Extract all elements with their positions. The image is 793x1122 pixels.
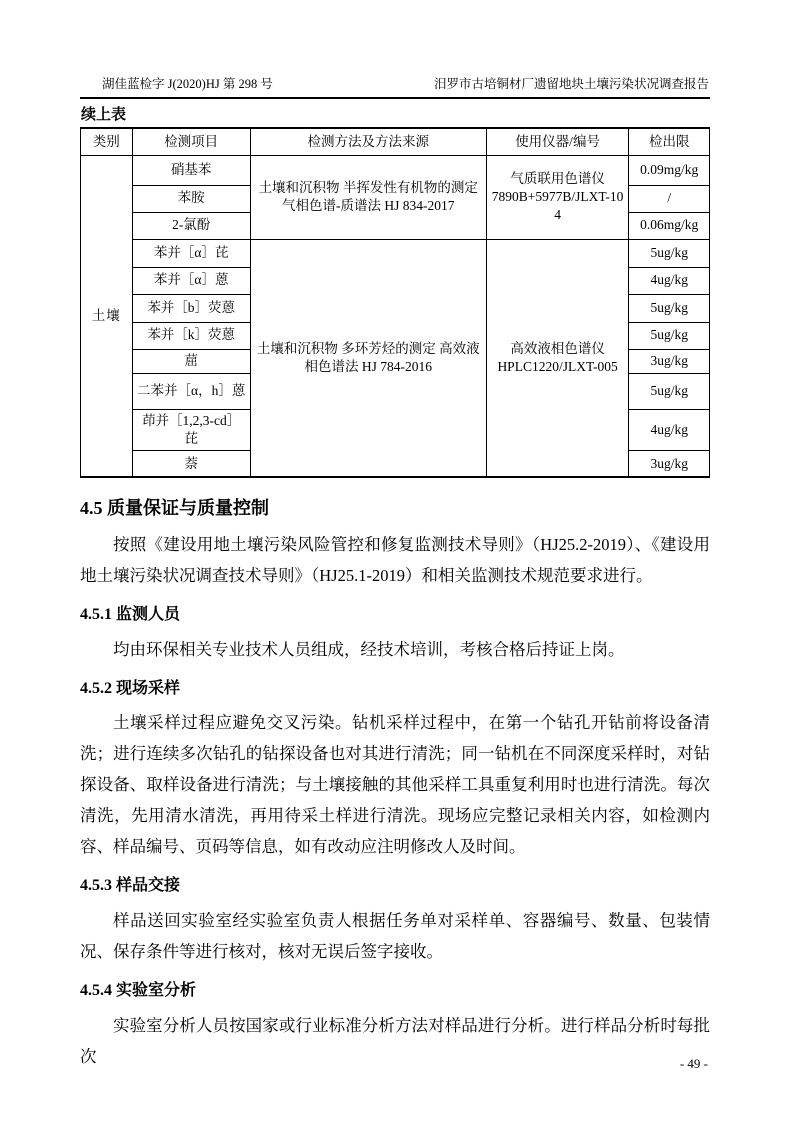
col-header-item: 检测项目 [132, 128, 250, 155]
limit-cell: 4ug/kg [629, 409, 710, 450]
section-heading-4-5-1: 4.5.1 监测人员 [80, 605, 710, 626]
section-4-5-2: 4.5.2 现场采样 土壤采样过程应避免交叉污染。钻机采样过程中，在第一个钻孔开… [80, 679, 710, 863]
item-cell: 二苯并［α，h］蒽 [132, 373, 250, 409]
section-4-5-paragraph: 按照《建设用地土壤污染风险管控和修复监测技术导则》（HJ25.2-2019）、《… [80, 529, 710, 591]
instrument-name: 气质联用色谱仪 [490, 170, 626, 188]
limit-cell: 4ug/kg [629, 267, 710, 294]
table-row: 土壤 硝基苯 土壤和沉积物 半挥发性有机物的测定 气相色谱-质谱法 HJ 834… [81, 155, 710, 185]
instrument-name: 高效液相色谱仪 [490, 340, 626, 358]
section-4-5-3-paragraph: 样品送回实验室经实验室负责人根据任务单对采样单、容器编号、数量、包装情况、保存条… [80, 905, 710, 967]
item-cell: 2-氯酚 [132, 212, 250, 239]
item-cell: 苯并［α］芘 [132, 239, 250, 267]
detection-methods-table: 类别 检测项目 检测方法及方法来源 使用仪器/编号 检出限 土壤 硝基苯 土壤和… [80, 127, 710, 478]
section-heading-4-5: 4.5 质量保证与质量控制 [80, 497, 710, 520]
item-cell: 萘 [132, 450, 250, 477]
section-4-5: 4.5 质量保证与质量控制 按照《建设用地土壤污染风险管控和修复监测技术导则》（… [80, 497, 710, 590]
page-number: - 49 - [80, 1056, 710, 1072]
section-4-5-3: 4.5.3 样品交接 样品送回实验室经实验室负责人根据任务单对采样单、容器编号、… [80, 876, 710, 967]
limit-cell: 5ug/kg [629, 239, 710, 267]
section-4-5-1-paragraph: 均由环保相关专业技术人员组成，经技术培训，考核合格后持证上岗。 [80, 634, 710, 665]
limit-cell: / [629, 185, 710, 212]
table-header-row: 类别 检测项目 检测方法及方法来源 使用仪器/编号 检出限 [81, 128, 710, 155]
col-header-category: 类别 [81, 128, 133, 155]
limit-cell: 3ug/kg [629, 450, 710, 477]
limit-cell: 5ug/kg [629, 373, 710, 409]
section-heading-4-5-4: 4.5.4 实验室分析 [80, 981, 710, 1002]
item-cell: 苯并［b］荧蒽 [132, 294, 250, 322]
method-cell: 土壤和沉积物 半挥发性有机物的测定 气相色谱-质谱法 HJ 834-2017 [250, 155, 486, 239]
col-header-limit: 检出限 [629, 128, 710, 155]
item-cell: 硝基苯 [132, 155, 250, 185]
header-report-title: 汨罗市古培铜材厂遗留地块土壤污染状况调查报告 [434, 74, 709, 92]
limit-cell: 0.09mg/kg [629, 155, 710, 185]
section-4-5-1: 4.5.1 监测人员 均由环保相关专业技术人员组成，经技术培训，考核合格后持证上… [80, 605, 710, 665]
instrument-cell: 高效液相色谱仪 HPLC1220/JLXT-005 [486, 239, 629, 477]
item-cell: 䓛 [132, 349, 250, 373]
section-4-5-2-paragraph: 土壤采样过程应避免交叉污染。钻机采样过程中，在第一个钻孔开钻前将设备清洗；进行连… [80, 707, 710, 862]
category-cell: 土壤 [81, 155, 133, 477]
limit-cell: 3ug/kg [629, 349, 710, 373]
item-cell: 苯胺 [132, 185, 250, 212]
limit-cell: 5ug/kg [629, 322, 710, 349]
limit-cell: 0.06mg/kg [629, 212, 710, 239]
instrument-id: 7890B+5977B/JLXT-104 [490, 188, 626, 224]
method-cell: 土壤和沉积物 多环芳烃的测定 高效液相色谱法 HJ 784-2016 [250, 239, 486, 477]
col-header-method: 检测方法及方法来源 [250, 128, 486, 155]
item-cell: 苯并［k］荧蒽 [132, 322, 250, 349]
section-heading-4-5-2: 4.5.2 现场采样 [80, 679, 710, 700]
table-row: 苯并［α］芘 土壤和沉积物 多环芳烃的测定 高效液相色谱法 HJ 784-201… [81, 239, 710, 267]
instrument-cell: 气质联用色谱仪 7890B+5977B/JLXT-104 [486, 155, 629, 239]
document-page: 湖佳蓝检字 J(2020)HJ 第 298 号 汨罗市古培铜材厂遗留地块土壤污染… [80, 74, 710, 1072]
table-caption: 续上表 [81, 103, 710, 124]
header-doc-number: 湖佳蓝检字 J(2020)HJ 第 298 号 [102, 74, 273, 92]
instrument-id: HPLC1220/JLXT-005 [490, 358, 626, 376]
item-cell: 茚并［1,2,3-cd］芘 [132, 409, 250, 450]
section-heading-4-5-3: 4.5.3 样品交接 [80, 876, 710, 897]
col-header-instrument: 使用仪器/编号 [486, 128, 629, 155]
header-divider [80, 97, 710, 99]
item-cell: 苯并［α］蒽 [132, 267, 250, 294]
running-header: 湖佳蓝检字 J(2020)HJ 第 298 号 汨罗市古培铜材厂遗留地块土壤污染… [80, 74, 710, 97]
limit-cell: 5ug/kg [629, 294, 710, 322]
